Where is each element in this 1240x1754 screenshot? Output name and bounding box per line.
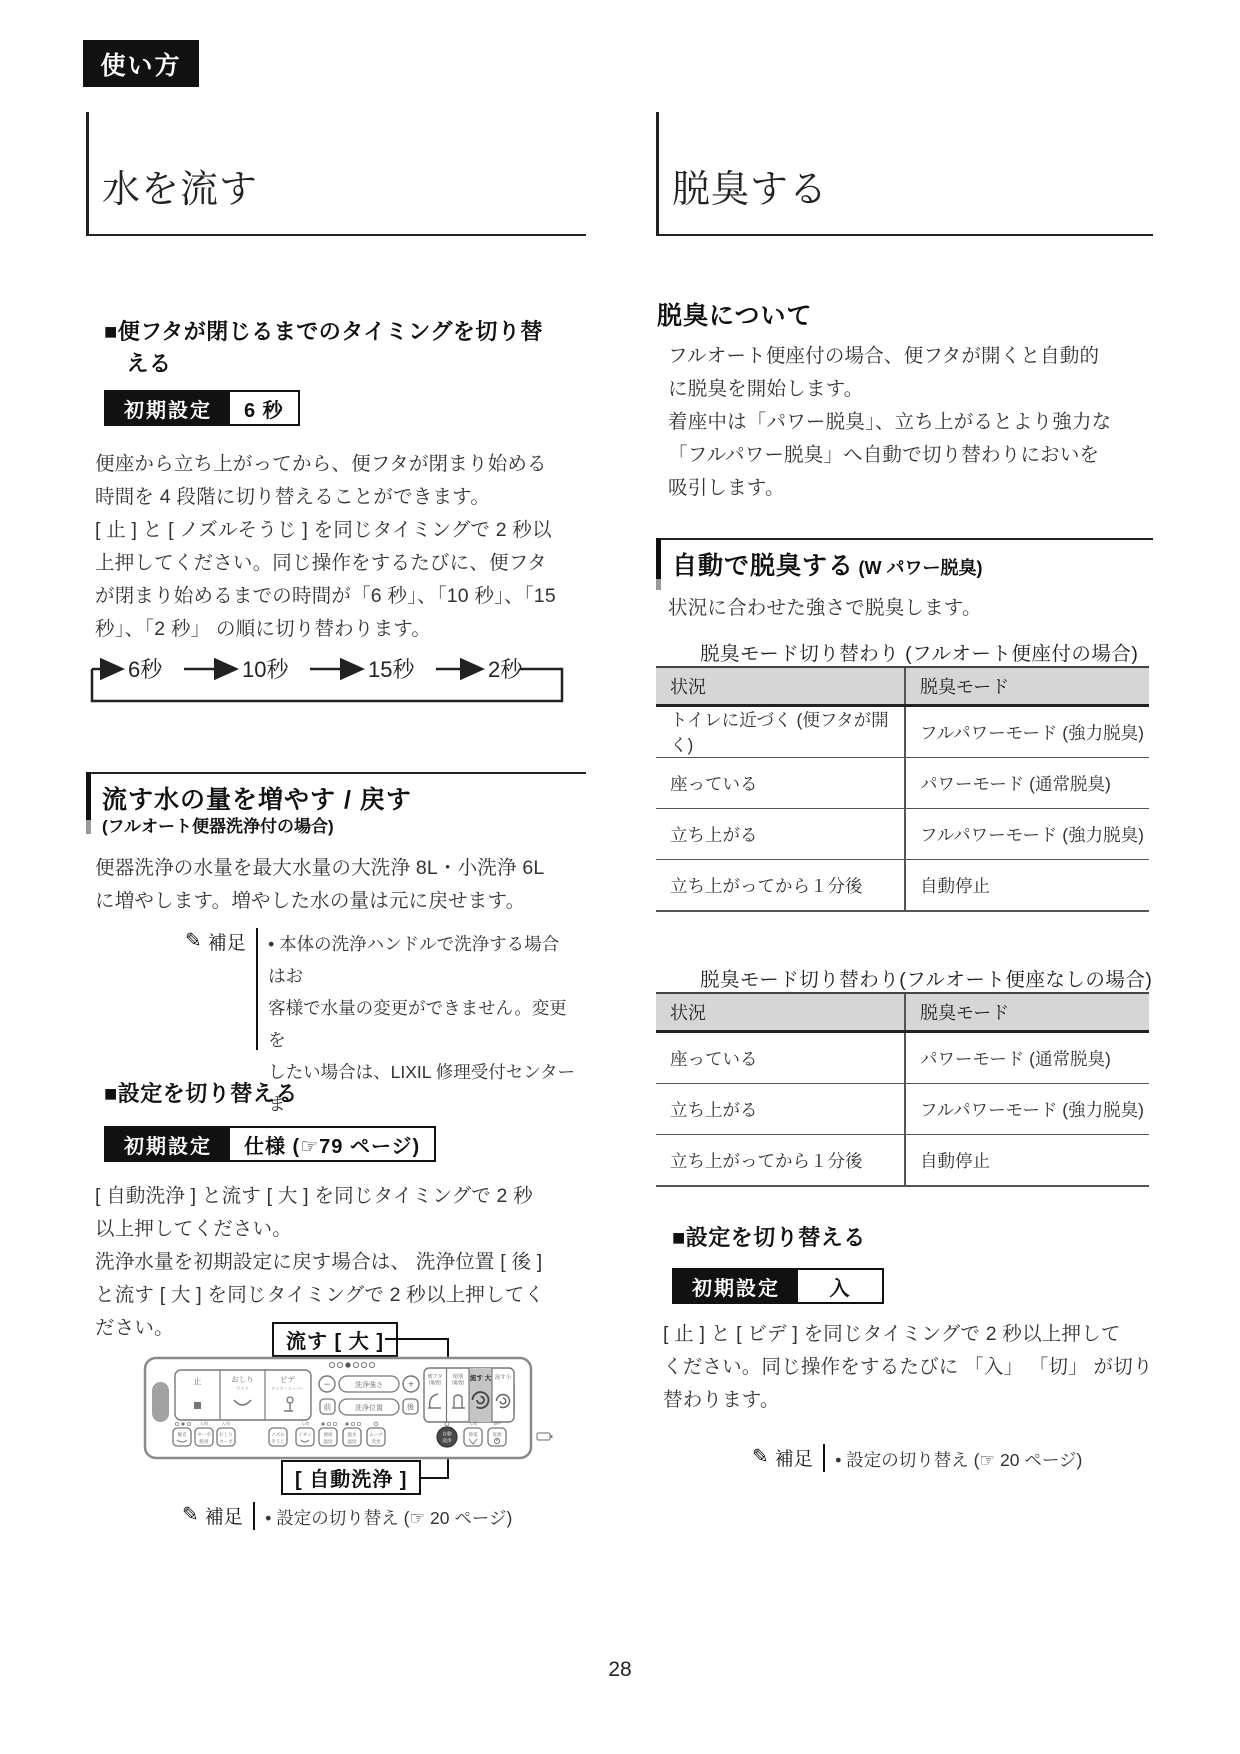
svg-text:洗浄: 洗浄 [442,1437,452,1444]
svg-text:ノズル: ノズル [271,1431,285,1437]
svg-text:ムーブ: ムーブ [369,1431,383,1438]
svg-text:おしり: おしり [219,1431,233,1438]
flow-step-3: 15秒 [368,657,415,682]
svg-text:温度: 温度 [347,1438,357,1445]
default-setting-label: 初期設定 [674,1270,798,1302]
table-row: 座っているパワーモード (通常脱臭) [656,758,1149,809]
table-row: 座っているパワーモード (通常脱臭) [656,1033,1149,1084]
auto-deodorize-body: 状況に合わせた強さで脱臭します。 [668,592,1148,625]
svg-text:後: 後 [407,1402,415,1412]
left-page-title: 水を流す [102,158,258,213]
note-text: • 本体の洗浄ハンドルで洗浄する場合はお 客様で水量の変更ができません。変更を … [268,928,575,1152]
svg-text:便座: 便座 [323,1431,333,1438]
switch-setting-heading-left: ■設定を切り替える [104,1078,298,1110]
flush-small-button: 流す小 [495,1373,512,1381]
right-title-rule [656,234,1153,236]
table-header-row: 状況 脱臭モード [656,994,1149,1033]
svg-text:そうじ: そうじ [271,1438,285,1445]
svg-text:入/切: 入/切 [301,1421,310,1426]
pencil-icon: ✎ [752,1444,769,1469]
header-mode: 脱臭モード [904,994,1149,1030]
note-text: • 設定の切り替え (☞ 20 ページ) [265,1502,512,1534]
about-deodorize-body: フルオート便座付の場合、便フタが開くと自動的 に脱臭を開始します。 着座中は「パ… [668,340,1148,505]
table1-caption: 脱臭モード切り替わり (フルオート便座付の場合) [700,638,1138,666]
svg-text:開/閉: 開/閉 [429,1379,441,1387]
note-text: • 設定の切り替え (☞ 20 ページ) [835,1444,1082,1476]
table2-caption: 脱臭モード切り替わり(フルオート便座なしの場合) [700,964,1152,992]
note-water-volume: ✎ 補足 • 本体の洗浄ハンドルで洗浄する場合はお 客様で水量の変更ができません… [185,928,575,1152]
svg-text:前: 前 [324,1402,332,1412]
auto-deodorize-title: 自動で脱臭する [672,552,854,580]
default-setting-label: 初期設定 [106,392,230,424]
seat-open-close-button: 便器 [453,1372,464,1380]
remote-control-diagram: 止 おしり ワイド ビデ ワイド・スーパー − 洗浄強さ + 前 洗浄位置 後 [143,1356,555,1462]
lid-timing-heading: ■便フタが閉じるまでのタイミングを切り替 える [104,316,564,380]
svg-text:OFF: OFF [493,1422,501,1426]
increase-water-subtitle: (フルオート便器洗浄付の場合) [102,812,334,837]
note-label: 補足 [205,1502,243,1529]
svg-text:脱臭: 脱臭 [199,1438,209,1445]
svg-text:洗浄位置: 洗浄位置 [355,1403,383,1412]
increase-water-rule [86,772,586,774]
auto-flush-callout: [ 自動洗浄 ] [281,1460,421,1495]
flow-step-1: 6秒 [128,657,163,682]
auto-deodorize-title-row: 自動で脱臭する (W パワー脱臭) [672,546,982,582]
svg-text:ターボ: ターボ [219,1438,233,1445]
lid-open-close-button: 便フタ [427,1372,442,1380]
svg-text:イオン: イオン [298,1431,312,1438]
table-row: 立ち上がるフルパワーモード (強力脱臭) [656,1084,1149,1135]
manual-page: 使い方 水を流す ■便フタが閉じるまでのタイミングを切り替 える 初期設定 6 … [0,0,1240,1754]
header-mode: 脱臭モード [904,668,1149,704]
svg-text:ターボ: ターボ [197,1431,211,1438]
default-setting-badge-3: 初期設定 入 [672,1268,884,1304]
left-title-rule [86,234,586,236]
increase-water-title: 流す水の量を増やす / 戻す [102,780,412,816]
note-setting-switch-left: ✎ 補足 • 設定の切り替え (☞ 20 ページ) [182,1502,512,1534]
note-label: 補足 [775,1444,813,1471]
switch-setting-body-left: [ 自動洗浄 ] と流す [ 大 ] を同じタイミングで 2 秒 以上押してくだ… [95,1180,575,1345]
default-setting-badge-1: 初期設定 6 秒 [104,390,300,426]
about-deodorize-heading: 脱臭について [657,296,813,332]
pencil-icon: ✎ [182,1502,199,1527]
svg-text:温水: 温水 [347,1431,357,1438]
flush-big-button: 流す 大 [470,1373,492,1382]
svg-text:入/切: 入/切 [222,1421,231,1426]
svg-text:電源: 電源 [492,1431,502,1438]
default-setting-label: 初期設定 [106,1128,230,1160]
timing-cycle-diagram: 6秒 10秒 15秒 2秒 [88,655,578,713]
remote-left-grip [152,1382,169,1422]
auto-deodorize-rule [656,538,1153,540]
stop-square-icon [194,1402,201,1409]
table-row: 立ち上がってから１分後自動停止 [656,860,1149,910]
flush-big-callout: 流す [ 大 ] [272,1322,398,1357]
header-situation: 状況 [656,668,904,704]
default-setting-value: 仕様 (☞79 ページ) [230,1128,434,1160]
battery-icon [537,1433,553,1440]
note-divider [256,928,258,1050]
svg-text:+: + [408,1380,414,1391]
deodorize-mode-table-noauto: 状況 脱臭モード 座っているパワーモード (通常脱臭) 立ち上がるフルパワーモー… [656,992,1149,1187]
right-page-title: 脱臭する [672,158,828,213]
table-header-row: 状況 脱臭モード [656,668,1149,707]
pencil-icon: ✎ [185,928,202,953]
page-number: 28 [0,1658,1240,1682]
auto-deodorize-subtitle: (W パワー脱臭) [858,558,982,578]
svg-text:開/閉: 開/閉 [452,1379,464,1387]
stop-button: 止 [194,1376,202,1386]
increase-water-body: 便器洗浄の水量を最大水量の大洗浄 8L・小洗浄 6L に増やします。増やした水の… [95,852,575,918]
page-tag: 使い方 [83,40,199,87]
right-title-bar [656,112,659,236]
flow-step-2: 10秒 [242,657,289,682]
left-title-bar [86,112,89,236]
lid-timing-body: 便座から立ち上がってから、便フタが閉まり始める 時間を 4 段階に切り替えること… [95,448,570,646]
bide-button: ビデ [280,1375,295,1384]
default-setting-badge-2: 初期設定 仕様 (☞79 ページ) [104,1126,436,1162]
table-row: 立ち上がってから１分後自動停止 [656,1135,1149,1185]
svg-text:−: − [324,1380,330,1391]
svg-text:変更: 変更 [371,1438,381,1445]
oshiri-button: おしり [231,1375,254,1384]
note-divider [823,1444,826,1472]
svg-text:洗浄強さ: 洗浄強さ [355,1380,383,1389]
flow-step-4: 2秒 [488,657,523,682]
increase-water-bar [86,772,91,834]
table-row: トイレに近づく (便フタが開く)フルパワーモード (強力脱臭) [656,707,1149,758]
note-label: 補足 [208,928,246,955]
svg-text:擬音: 擬音 [177,1431,187,1438]
default-setting-value: 6 秒 [230,392,298,424]
table-row: 立ち上がるフルパワーモード (強力脱臭) [656,809,1149,860]
default-setting-value: 入 [798,1270,882,1302]
note-divider [253,1502,256,1530]
auto-deodorize-bar [656,538,661,590]
deodorize-mode-table-fullauto: 状況 脱臭モード トイレに近づく (便フタが開く)フルパワーモード (強力脱臭)… [656,666,1149,912]
note-setting-switch-right: ✎ 補足 • 設定の切り替え (☞ 20 ページ) [752,1444,1082,1476]
svg-text:温度: 温度 [323,1438,333,1445]
svg-text:自動: 自動 [442,1431,452,1438]
svg-text:入/切: 入/切 [200,1421,209,1426]
header-situation: 状況 [656,994,904,1030]
nozzle-clean-button: ノズルそうじ [269,1428,287,1446]
switch-setting-body-right: [ 止 ] と [ ビデ ] を同じタイミングで 2 秒以上押して ください。同… [663,1318,1153,1417]
svg-text:入/切: 入/切 [469,1421,478,1426]
svg-text:節電: 節電 [468,1431,478,1438]
switch-setting-heading-right: ■設定を切り替える [672,1222,866,1254]
